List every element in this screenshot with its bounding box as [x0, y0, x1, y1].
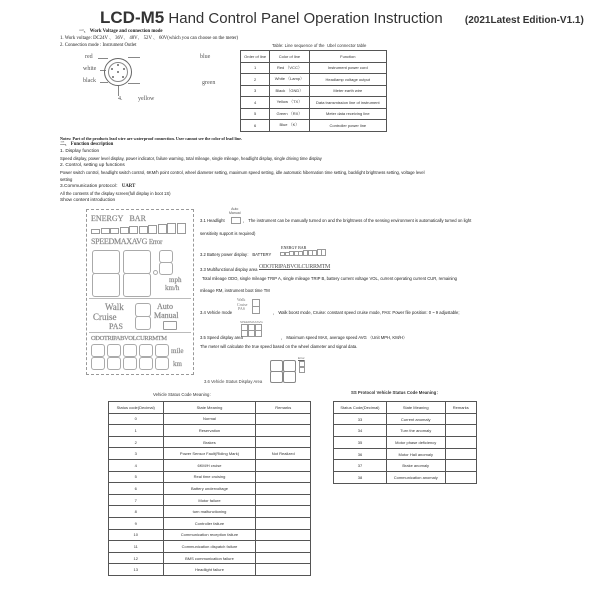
table-row: 35Motor phase deficiency	[334, 437, 477, 449]
table-cell: 12	[109, 552, 164, 564]
label-green: green	[202, 80, 215, 86]
column-header: Remarks	[445, 402, 476, 414]
table-row: 3Power Sensor Fault(Riding Mark)Not Real…	[109, 448, 311, 460]
table-cell: 6	[109, 483, 164, 495]
table-cell: Instrument power cord	[309, 62, 386, 74]
table-cell: 5	[109, 471, 164, 483]
table-cell: 2	[109, 436, 164, 448]
table-row: 5Green （RX）Meter data receiving line	[241, 108, 387, 120]
table-cell	[445, 437, 476, 449]
table-row: 37Brake anomaly	[334, 460, 477, 472]
full-display-text: All the contents of the display screen(f…	[60, 191, 171, 196]
table-cell: Controller failure	[163, 517, 256, 529]
label-red: red	[85, 54, 93, 60]
table-cell: Meter data receiving line	[309, 108, 386, 120]
title-text: Hand Control Panel Operation Instruction	[168, 10, 442, 27]
label-yellow: yellow	[138, 96, 154, 102]
table-cell	[256, 436, 311, 448]
table-row: 13Headlight failure	[109, 564, 311, 576]
table-cell: 0	[109, 413, 164, 425]
table-cell	[256, 459, 311, 471]
table-cell: Battery undervoltage	[163, 483, 256, 495]
vehicle-status-table: Status code(Decimal)State MeaningRemarks…	[108, 401, 311, 576]
d33-text2: mileage RM, instrument boot time TM	[200, 288, 270, 293]
table-cell: BMS communication failure	[163, 552, 256, 564]
table-cell	[256, 541, 311, 553]
table-row: 3Black （GND）Meter earth wire	[241, 85, 387, 97]
show-content-title: Show content introduction	[60, 198, 115, 204]
lcd-full-display: ENERGY BAR SPEEDMAXAVG Error mph km/h Wa…	[86, 209, 194, 375]
table-cell: 3	[241, 85, 270, 97]
column-header: Color of line	[270, 51, 309, 63]
table-cell: 7	[109, 494, 164, 506]
ss-protocol-status-table: Status Code(Decimal)State MeaningRemarks…	[333, 401, 477, 484]
lcd-multi-row: ODOTRIPABVOLCURRMTM	[91, 335, 167, 342]
d32-label: 3.2 Battery power display： BATTERY	[200, 252, 271, 257]
table-cell: 6	[241, 120, 270, 132]
lcd-km: km	[173, 360, 182, 368]
d33-text: Total mileage ODO, single mileage TRIP A…	[202, 276, 457, 281]
table-cell	[445, 472, 476, 484]
table-cell	[256, 483, 311, 495]
auto-manual-mini: AutoManual	[229, 207, 240, 215]
waterproof-note: Notes: Part of the products lead wire ar…	[60, 136, 242, 141]
display-function-title: 1. Display function	[60, 149, 99, 155]
d34-text: ， Walk boost mode, Cruise: constant spee…	[273, 310, 460, 315]
table-cell: Reservation	[163, 425, 256, 437]
table-row: 38Communication anomaly	[334, 472, 477, 484]
table-cell: Not Realized	[256, 448, 311, 460]
d35-text: ， Maximum speed MAX, average speed AVG （…	[281, 335, 407, 340]
table-row: 34Turn the anomaly	[334, 425, 477, 437]
table-cell: 3	[109, 448, 164, 460]
label-blue: blue	[200, 54, 210, 60]
table-cell: 6KM/H cruise	[163, 459, 256, 471]
table-cell: 2	[241, 74, 270, 86]
table-cell: 36	[334, 448, 387, 460]
table-cell	[256, 517, 311, 529]
table-row: 6Battery undervoltage	[109, 483, 311, 495]
label-white: white	[83, 66, 96, 72]
protocol-value: UART	[122, 184, 135, 189]
table-cell: 38	[334, 472, 387, 484]
table-cell	[256, 494, 311, 506]
table-cell	[445, 448, 476, 460]
table-row: 36Motor Hall anomaly	[334, 448, 477, 460]
table-cell	[445, 460, 476, 472]
table-cell: Motor phase deficiency	[386, 437, 445, 449]
lcd-mile: mile	[171, 347, 183, 355]
table-row: 11Communication dispatch failure	[109, 541, 311, 553]
d35-text2: The meter will calculate the true speed …	[200, 344, 357, 349]
table-cell	[256, 471, 311, 483]
table-cell: 37	[334, 460, 387, 472]
table-row: 46KM/H cruise	[109, 459, 311, 471]
vehicle-mode-mini-icon: WalkCruise PAS	[237, 298, 261, 314]
table-cell: 11	[109, 541, 164, 553]
table-row: 12BMS communication failure	[109, 552, 311, 564]
table-cell: Black （GND）	[270, 85, 309, 97]
section2-heading: 二、 Function description	[60, 142, 113, 148]
column-header: Order of line	[241, 51, 270, 63]
table-cell: 33	[334, 413, 387, 425]
label-black: black	[83, 78, 96, 84]
table-cell: Normal	[163, 413, 256, 425]
control-text-2: setting	[60, 177, 72, 182]
model-name: LCD-M5	[100, 8, 164, 27]
table-cell: White （Lamp）	[270, 74, 309, 86]
table-cell	[256, 529, 311, 541]
table-cell: Brake anomaly	[386, 460, 445, 472]
table-cell: 4	[109, 459, 164, 471]
table-cell: turn malfunctioning	[163, 506, 256, 518]
label-index: 4.	[118, 96, 123, 102]
status-table-caption: Vehicle Status Code Meaning：	[153, 392, 214, 398]
table-cell: Communication reception failure	[163, 529, 256, 541]
battery-bar-graph	[91, 224, 187, 234]
table-row: 9Controller failure	[109, 517, 311, 529]
connector-plug-icon	[104, 58, 132, 86]
lcd-manual: Manual	[154, 311, 178, 320]
control-title: 2. Control, setting up functions	[60, 163, 125, 169]
d34-label: 3.4 Vehicle mode	[200, 310, 232, 315]
table-row: 2Brakes	[109, 436, 311, 448]
document-title: LCD-M5 Hand Control Panel Operation Inst…	[100, 8, 584, 28]
table-cell	[445, 425, 476, 437]
work-voltage-text: 1. Work voltage: DC24V 、 36V、 48V、 52V 、…	[60, 36, 238, 42]
table-cell: 1	[109, 425, 164, 437]
table-cell: Data transmission line of instrument	[309, 97, 386, 109]
table-cell: Headlamp voltage output	[309, 74, 386, 86]
protocol-line: 3.Communication protocol： UART	[60, 184, 135, 190]
table-cell: Controller power line	[309, 120, 386, 132]
table-cell: 1	[241, 62, 270, 74]
table-cell	[256, 564, 311, 576]
status-display-mini-icon: Error	[270, 356, 306, 384]
table-cell: Motor failure	[163, 494, 256, 506]
table-cell: 10	[109, 529, 164, 541]
table-cell: Turn the anomaly	[386, 425, 445, 437]
table-row: 10Communication reception failure	[109, 529, 311, 541]
lcd-auto: Auto	[157, 302, 173, 311]
d35-label: 3.5 Speed display area	[200, 335, 243, 340]
table-cell: Communication anomaly	[386, 472, 445, 484]
column-header: Remarks	[256, 402, 311, 414]
table-cell: Yellow （TX）	[270, 97, 309, 109]
table-row: 1Reservation	[109, 425, 311, 437]
table-cell	[445, 413, 476, 425]
table-cell: 9	[109, 517, 164, 529]
d31-label: 3.1 Headlight	[200, 218, 225, 223]
d36-label: 3.6 Vehicle Status Display Area	[204, 379, 262, 384]
section1-heading: 一、 Work Voltage and connection mode	[79, 29, 163, 35]
column-header: State Meaning	[163, 402, 256, 414]
table-cell	[256, 552, 311, 564]
table-row: 2White （Lamp）Headlamp voltage output	[241, 74, 387, 86]
d33-label: 3.3 Multifunctional display area	[200, 267, 258, 272]
headlight-mini-icon	[231, 217, 241, 224]
edition-label: (2021Latest Edition-V1.1)	[465, 15, 584, 26]
display-function-text: Speed display, power level display, powe…	[60, 156, 322, 161]
table-row: 5Real time cruising	[109, 471, 311, 483]
table-cell: Blue （K）	[270, 120, 309, 132]
d31-text2: sensitivity support is required)	[200, 231, 255, 236]
table-row: 1Red （VCC）Instrument power cord	[241, 62, 387, 74]
d33-mini-row: ODOTRIPABVOLCURRMTM	[259, 264, 330, 270]
table-cell: 13	[109, 564, 164, 576]
lcd-speed-row: SPEEDMAXAVG Error	[91, 237, 162, 246]
table-cell: Green （RX）	[270, 108, 309, 120]
table-cell: Current anomaly	[386, 413, 445, 425]
table-cell	[256, 506, 311, 518]
table-cell: Headlight failure	[163, 564, 256, 576]
lcd-energy-label: ENERGY BAR	[91, 214, 146, 223]
table-cell: Power Sensor Fault(Riding Mark)	[163, 448, 256, 460]
connection-mode-text: 2. Connection mode : Instrument Outlet	[60, 43, 136, 49]
table-row: 6Blue （K）Controller power line	[241, 120, 387, 132]
table-cell: Motor Hall anomaly	[386, 448, 445, 460]
ss-table-caption: SS Protocol Vehicle Status Code Meaning：	[351, 390, 441, 396]
column-header: Status code(Decimal)	[109, 402, 164, 414]
table-cell: Communication dispatch failure	[163, 541, 256, 553]
speed-area-mini-icon: SPEEDMAXAVG	[240, 320, 268, 336]
table-row: 33Current anomaly	[334, 413, 477, 425]
table-cell: Real time cruising	[163, 471, 256, 483]
table-row: 4Yellow （TX）Data transmission line of in…	[241, 97, 387, 109]
table-cell: Red （VCC）	[270, 62, 309, 74]
control-text-1: Power switch control, headlight switch c…	[60, 170, 425, 175]
table-row: 8turn malfunctioning	[109, 506, 311, 518]
lcd-odometer-digits	[91, 344, 169, 370]
protocol-label: 3.Communication protocol：	[60, 184, 121, 189]
lcd-mph: mph	[169, 276, 181, 284]
lcd-kmh: km/h	[165, 284, 179, 292]
table-row: 0Normal	[109, 413, 311, 425]
table-cell: 35	[334, 437, 387, 449]
table-cell	[256, 425, 311, 437]
lcd-cruise: Cruise	[93, 312, 117, 322]
table-cell: Meter earth wire	[309, 85, 386, 97]
lcd-walk: Walk	[105, 302, 124, 312]
table-cell: 34	[334, 425, 387, 437]
table-cell: Brakes	[163, 436, 256, 448]
table-cell: 4	[241, 97, 270, 109]
battery-mini-bar	[280, 250, 328, 256]
table-row: 7Motor failure	[109, 494, 311, 506]
wire-table-caption: Table: Line sequence of the Ubel connect…	[272, 43, 366, 48]
table-cell: 5	[241, 108, 270, 120]
table-cell: 8	[109, 506, 164, 518]
column-header: Function	[309, 51, 386, 63]
d31-text: ， The instrument can be manually turned …	[243, 218, 471, 223]
table-cell	[256, 413, 311, 425]
headlight-icon	[163, 321, 177, 330]
column-header: State Meaning	[386, 402, 445, 414]
wire-sequence-table: Order of lineColor of lineFunction 1Red …	[240, 50, 387, 132]
column-header: Status Code(Decimal)	[334, 402, 387, 414]
lcd-pas: PAS	[109, 322, 123, 331]
